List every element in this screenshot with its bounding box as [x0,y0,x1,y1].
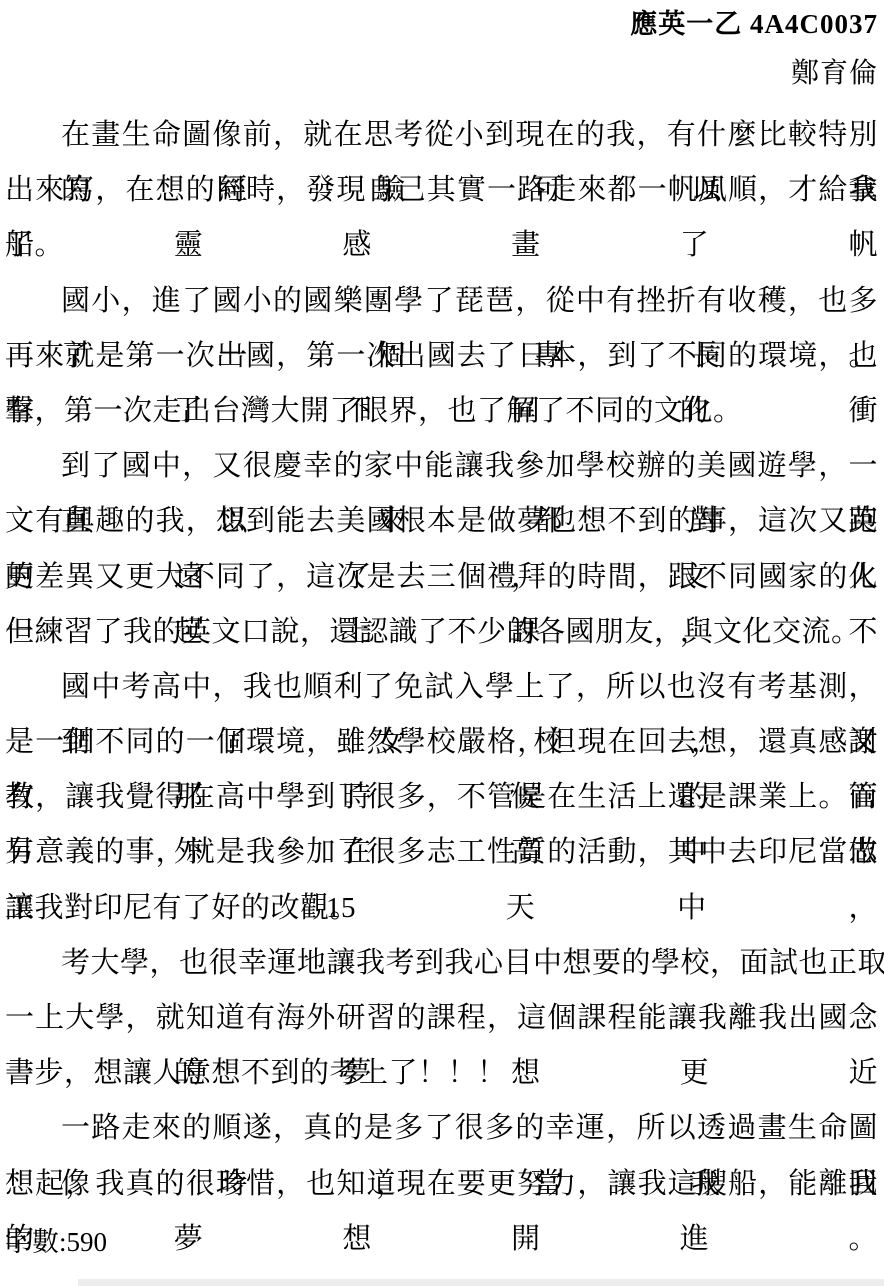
header-author: 鄭育倫 [5,46,878,102]
essay-line: 的差異又更大不同了，這次是去三個禮拜的時間，跟不同國家的人一起上課，不 [5,550,878,605]
essay-line: 一上大學，就知道有海外研習的課程，這個課程能讓我離我出國念書的夢想更近 [5,991,878,1046]
header-class-id: 應英一乙 4A4C0037 [5,2,878,46]
essay-line: 國小，進了國小的國樂團學了琵琶，從中有挫折有收穫，也多了一個專長。 [5,274,878,329]
essay-line: 但練習了我的英文口說，還認識了不少的各國朋友，與文化交流。 [5,605,878,660]
document-page: 應英一乙 4A4C0037 鄭育倫 在畫生命圖像前，就在思考從小到現在的我，有什… [0,0,884,1286]
essay-line: 一路走來的順遂，真的是多了很多的幸運，所以透過畫生命圖像時，當我回 [5,1101,878,1156]
essay-line: 國中考高中，我也順利了免試入學上了，所以也沒有考基測，到了女校，又 [5,660,878,715]
essay-line: 教，讓我覺得在高中學到了很多，不管是在生活上還是課業上。而另外在高中做 [5,770,878,825]
horizontal-scrollbar[interactable] [78,1279,884,1286]
essay-line: 想起，我真的很珍惜，也知道現在要更努力，讓我這艘船，能離我的夢想開進。 [5,1157,878,1212]
essay-line: 在畫生命圖像前，就在思考從小到現在的我，有什麼比較特別的經驗可以拿 [5,108,878,163]
essay-line: 出來寫，在想的同時，發現自己其實一路走來都一帆風順，才給我了靈感畫了帆 [5,163,878,218]
essay-line: 有意義的事，就是我參加了很多志工性質的活動，其中去印尼當志工 15 天中， [5,825,878,880]
essay-line: 文有興趣的我，想到能去美國根本是做夢也想不到的事，這次又跑更遠了，文化 [5,494,878,549]
essay-body: 在畫生命圖像前，就在思考從小到現在的我，有什麼比較特別的經驗可以拿 出來寫，在想… [5,108,878,1212]
essay-line: 再來就是第一次出國，第一次出國去了日本，到了不同的環境，也有了不同的衝 [5,329,878,384]
essay-line: 考大學，也很幸運地讓我考到我心目中想要的學校，面試也正取。 [5,936,878,991]
essay-line: 是一個不同的一個環境，雖然學校嚴格，但現在回去想，還真感謝有那時候的管 [5,715,878,770]
essay-line: 到了國中，又很慶幸的家中能讓我參加學校辦的美國遊學，一直以來都對英 [5,439,878,494]
